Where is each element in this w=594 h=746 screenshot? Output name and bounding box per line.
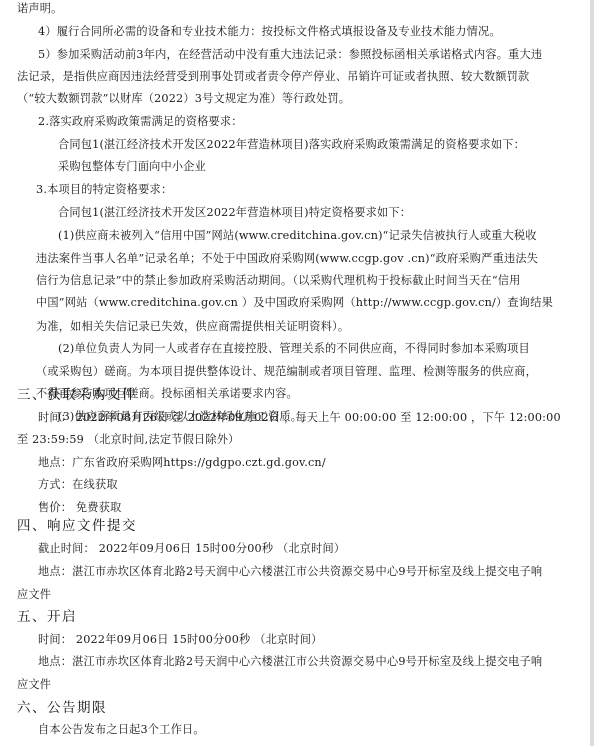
obtain-location: 地点：广东省政府采购网https://gdgpo.czt.gd.gov.cn/	[38, 455, 326, 471]
subheading-specific-requirements: 3.本项目的特定资格要求：	[36, 182, 172, 198]
announcement-period-content: 自本公告发布之日起3个工作日。	[38, 722, 205, 738]
requirement-item-2: (2)单位负责人为同一人或者存在直接控股、管理关系的不同供应商，不得同时参加本采…	[58, 341, 530, 357]
paragraph-line: 违法案件当事人名单”记录名单；不处于中国政府采购网(www.ccgp.gov .…	[36, 251, 538, 267]
paragraph-line: （“较大数额罚款”以财库（2022）3号文规定为准）等行政处罚。	[17, 91, 350, 107]
paragraph-line: 法记录，是指供应商因违法经营受到刑事处罚或者责令停产停业、吊销许可证或者执照、较…	[17, 69, 529, 85]
paragraph-line: （或采购包）磋商。为本项目提供整体设计、规范编制或者项目管理、监理、检测等服务的…	[36, 364, 537, 380]
page-edge-scrollbar[interactable]	[590, 0, 594, 746]
requirement-4: 4）履行合同所必需的设备和专业技术能力：按投标文件格式填报设备及专业技术能力情况…	[38, 24, 501, 40]
paragraph-line: 采购包整体专门面向中小企业	[58, 159, 206, 175]
requirement-item-1: (1)供应商未被列入“信用中国”网站(www.creditchina.gov.c…	[58, 228, 537, 244]
section-heading-announcement-period: 六、公告期限	[17, 699, 107, 717]
opening-location-continued: 应文件	[17, 677, 51, 693]
submission-location-continued: 应文件	[17, 587, 51, 603]
obtain-time: 时间： 2022年08月26日 至 2022年09月02日 ，每天上午 00:0…	[38, 410, 561, 426]
submission-deadline: 截止时间： 2022年09月06日 15时00分00秒 （北京时间）	[38, 541, 345, 557]
opening-location: 地点：湛江市赤坎区体育北路2号天润中心六楼湛江市公共资源交易中心9号开标室及线上…	[38, 654, 542, 670]
submission-location: 地点：湛江市赤坎区体育北路2号天润中心六楼湛江市公共资源交易中心9号开标室及线上…	[38, 564, 542, 580]
section-heading-obtain-documents: 三、获取采购文件	[17, 386, 137, 404]
requirement-5: 5）参加采购活动前3年内，在经营活动中没有重大违法记录：参照投标函相关承诺格式内…	[38, 47, 542, 63]
obtain-time-continued: 至 23:59:59 （北京时间,法定节假日除外）	[17, 432, 240, 448]
paragraph-line: 为准，如相关失信记录已失效，供应商需提供相关证明资料）。	[36, 319, 349, 335]
obtain-price: 售价： 免费获取	[38, 500, 121, 516]
paragraph-line: 诺声明。	[17, 1, 63, 17]
paragraph-line: 合同包1(湛江经济技术开发区2022年营造林项目)特定资格要求如下：	[58, 205, 411, 221]
section-heading-opening: 五、开启	[17, 608, 77, 626]
paragraph-line: 合同包1(湛江经济技术开发区2022年营造林项目)落实政府采购政策需满足的资格要…	[58, 137, 525, 153]
subheading-policy-requirements: 2.落实政府采购政策需满足的资格要求：	[38, 114, 243, 130]
section-heading-submission: 四、响应文件提交	[17, 517, 137, 535]
paragraph-line: 信行为信息记录”中的禁止参加政府采购活动期间。（以采购代理机构于投标截止时间当天…	[36, 273, 521, 289]
obtain-method: 方式：在线获取	[38, 477, 118, 493]
opening-time: 时间： 2022年09月06日 15时00分00秒 （北京时间）	[38, 632, 323, 648]
paragraph-line: 中国”网站（www.creditchina.gov.cn ）及中国政府采购网（h…	[36, 295, 553, 311]
